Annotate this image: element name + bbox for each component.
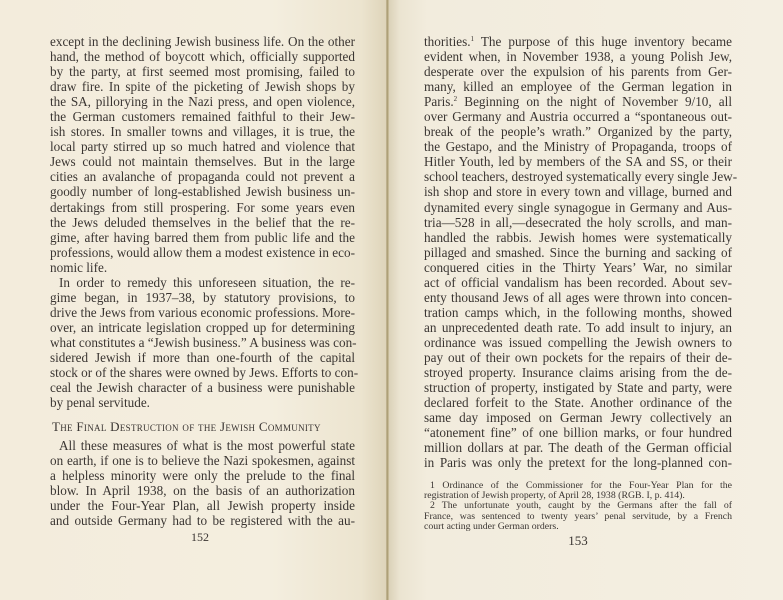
text-line: gime, after having barred them from publ… <box>50 230 355 245</box>
text-line: except in the declining Jewish business … <box>50 34 355 49</box>
text-line: the German customers remained faithful t… <box>50 109 355 124</box>
paragraph-2: In order to remedy this unforeseen situa… <box>50 275 355 410</box>
text-line: dynamited every single synagogue in Germ… <box>424 200 732 215</box>
text-line: ish shop and store in every town and vil… <box>424 184 732 199</box>
text-line: by penal servitude. <box>50 395 355 410</box>
text-line: the SA, pillorying in the Nazi press, an… <box>50 94 355 109</box>
right-page-text: thorities.1 The purpose of this huge inv… <box>424 34 732 470</box>
text-fragment: Beginning on the night of November 9/10,… <box>457 94 732 109</box>
text-line: Hitler Youth, led by members of the SA a… <box>424 154 732 169</box>
text-line: the Jews deluded themselves in the belie… <box>50 215 355 230</box>
book-spread: except in the declining Jewish business … <box>0 0 783 600</box>
text-line: professions, would allow them a modest e… <box>50 245 355 260</box>
paragraph-1: except in the declining Jewish business … <box>50 34 355 275</box>
text-fragment: thorities. <box>424 34 471 49</box>
text-fragment: Paris. <box>424 94 454 109</box>
left-page-text: except in the declining Jewish business … <box>50 34 355 528</box>
text-line: in Paris was only the pretext for the lo… <box>424 455 732 470</box>
text-line: break of the people’s wrath.” Organized … <box>424 124 732 139</box>
text-line: nomic life. <box>50 260 355 275</box>
text-line: by the party, at first seemed most promi… <box>50 64 355 79</box>
text-line: many, killed an employee of the German l… <box>424 79 732 94</box>
text-line: the Gestapo, and the Ministry of Propaga… <box>424 139 732 154</box>
text-line: ceal the Jewish character of a business … <box>50 380 355 395</box>
text-line: cities an avalanche of propaganda could … <box>50 169 355 184</box>
text-line: and outside Germany had to be registered… <box>50 513 355 528</box>
text-line: an unprecedented death rate. To add insu… <box>424 320 732 335</box>
text-line: same day imposed on German Jewry collect… <box>424 410 732 425</box>
footnote-line: court acting under German orders. <box>424 522 732 532</box>
text-line: Paris.2 Beginning on the night of Novemb… <box>424 94 732 109</box>
text-line: thorities.1 The purpose of this huge inv… <box>424 34 732 49</box>
text-line: over Germany and Austria occurred a “spo… <box>424 109 732 124</box>
text-line: tria—528 in all,—desecrated the holy scr… <box>424 215 732 230</box>
text-line: evident when, in November 1938, a young … <box>424 49 732 64</box>
text-line: blow. In April 1938, on the basis of an … <box>50 483 355 498</box>
left-page: except in the declining Jewish business … <box>0 0 388 600</box>
text-line: tration camps which, in the following mo… <box>424 305 732 320</box>
text-line: sidered Jewish if more than one-fourth o… <box>50 350 355 365</box>
text-line: goodly number of long-established Jewish… <box>50 184 355 199</box>
text-line: stroyed property. Insurance claims arisi… <box>424 365 732 380</box>
text-line: In order to remedy this unforeseen situa… <box>50 275 355 290</box>
text-line: local party stirred up so much hatred an… <box>50 139 355 154</box>
text-line: “atonement fine” of one billion marks, o… <box>424 425 732 440</box>
footnote-2: 2 The unfortunate youth, caught by the G… <box>424 501 732 532</box>
text-line: on earth, if one is to believe the Nazi … <box>50 453 355 468</box>
text-line: drive the Jews from various economic pro… <box>50 305 355 320</box>
book-gutter <box>386 0 389 600</box>
text-line: desperate over the expulsion of his pare… <box>424 64 732 79</box>
text-line: under the Four-Year Plan, all Jewish pro… <box>50 498 355 513</box>
text-line: conquered cities in the Thirty Years’ Wa… <box>424 260 732 275</box>
text-line: Jews could not maintain themselves. But … <box>50 154 355 169</box>
text-line: All these measures of what is the most p… <box>50 438 355 453</box>
text-line: ordinance was issued compelling the Jewi… <box>424 335 732 350</box>
text-line: what constitutes a “Jewish business.” A … <box>50 335 355 350</box>
footnotes: 1 Ordinance of the Commissioner for the … <box>424 481 732 532</box>
paragraph-3: All these measures of what is the most p… <box>50 438 355 528</box>
page-number-left: 152 <box>180 530 220 545</box>
text-line: ish stores. In smaller towns and village… <box>50 124 355 139</box>
text-line: gime began, in 1937–38, by statutory pro… <box>50 290 355 305</box>
text-line: pay out of their own pockets for the rep… <box>424 350 732 365</box>
text-line: school teachers, destroyed systematicall… <box>424 169 732 184</box>
section-heading: The Final Destruction of the Jewish Comm… <box>52 419 355 434</box>
text-line: draw fire. In spite of the picketing of … <box>50 79 355 94</box>
text-line: a helpless minority were only the prelud… <box>50 468 355 483</box>
text-line: enty thousand Jews of all ages were thro… <box>424 290 732 305</box>
text-line: struction of property, instigated by Sta… <box>424 380 732 395</box>
text-line: declared forfeit to the State. Another o… <box>424 395 732 410</box>
footnote-1: 1 Ordinance of the Commissioner for the … <box>424 481 732 501</box>
page-number-right: 153 <box>558 533 598 549</box>
text-line: million dollars at par. The death of the… <box>424 440 732 455</box>
text-line: act of official vandalism has been recor… <box>424 275 732 290</box>
text-line: hand, the method of boycott which, offic… <box>50 49 355 64</box>
text-fragment: The purpose of this huge inventory becam… <box>474 34 732 49</box>
text-line: handled the rabbis. Jewish homes were sy… <box>424 230 732 245</box>
text-line: stock or of the shares were owned by Jew… <box>50 365 355 380</box>
text-line: over, an intricate legislation cropped u… <box>50 320 355 335</box>
text-line: dertakings from still prospering. For so… <box>50 200 355 215</box>
text-line: pillaged and smashed. Since the burning … <box>424 245 732 260</box>
